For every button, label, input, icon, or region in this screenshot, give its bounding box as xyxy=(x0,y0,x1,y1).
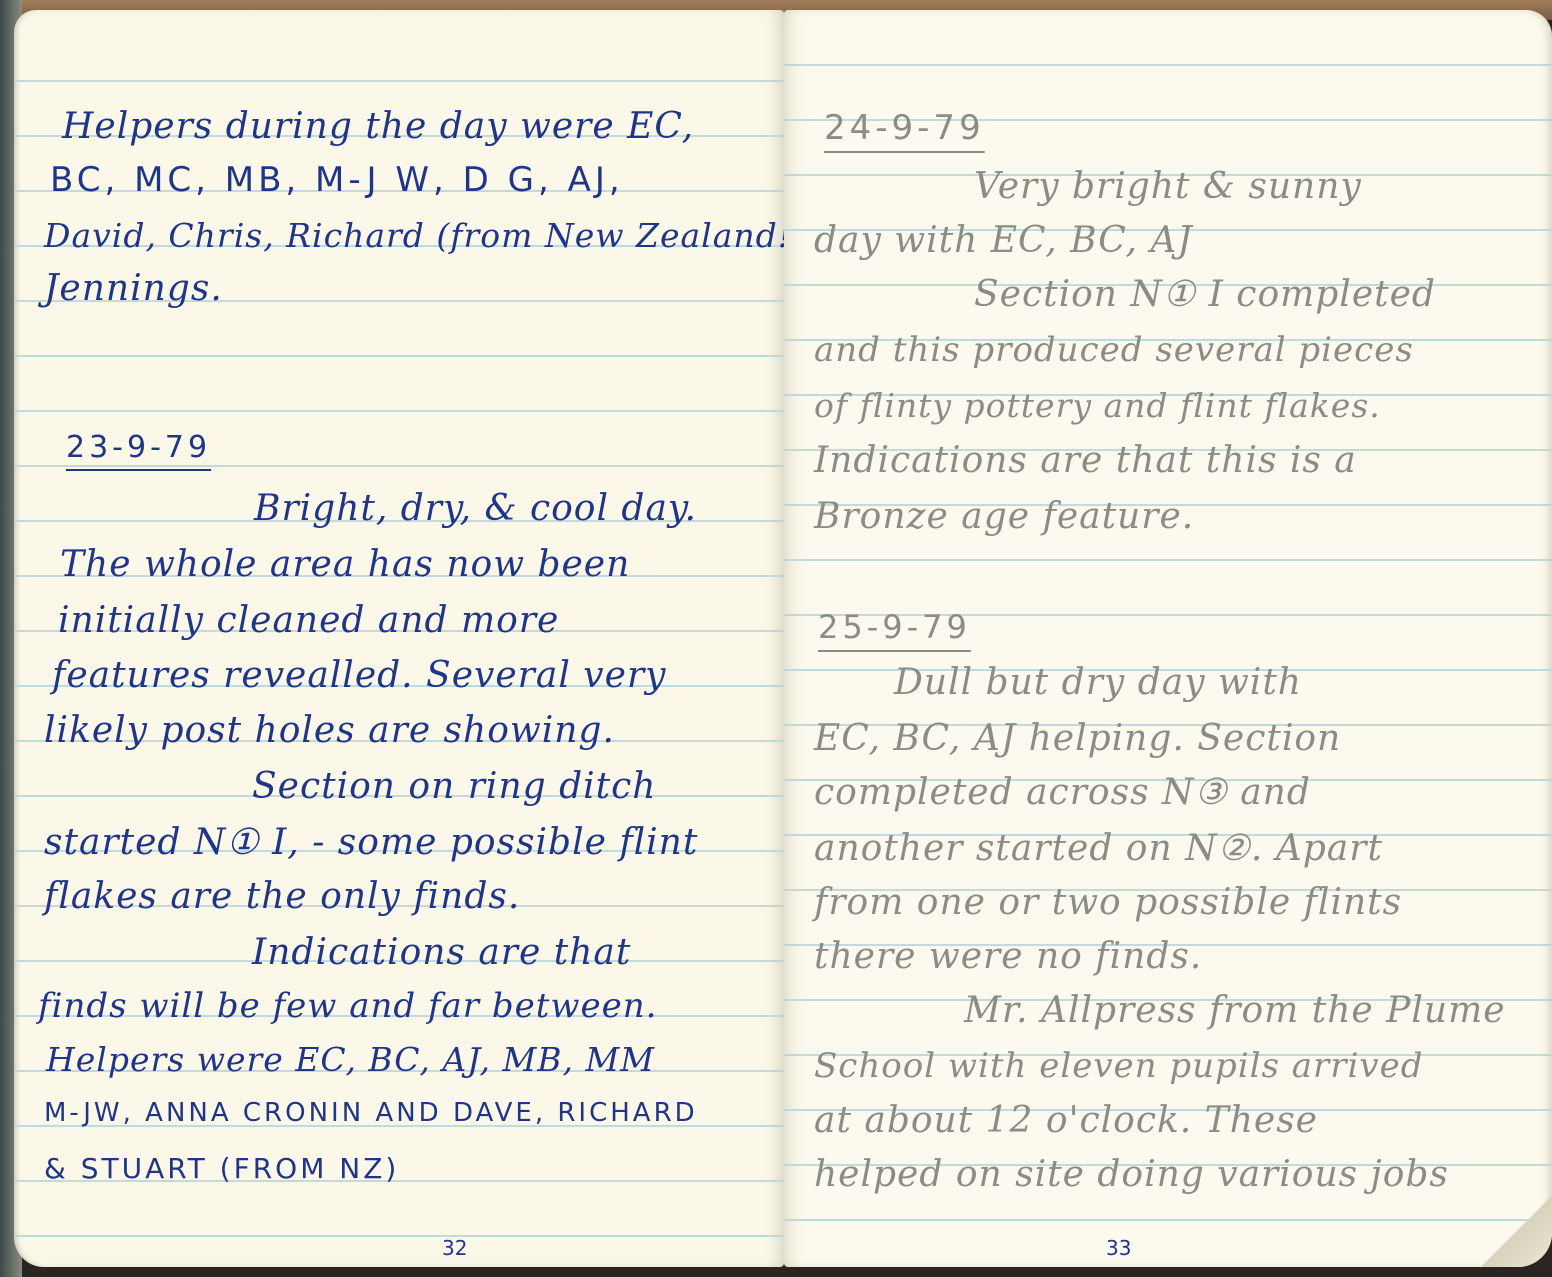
text-line: at about 12 o'clock. These xyxy=(814,1100,1318,1141)
text-line: there were no finds. xyxy=(814,936,1202,977)
text-line: initially cleaned and more xyxy=(58,600,559,641)
text-line: Indications are that this is a xyxy=(814,440,1357,481)
text-line: Mr. Allpress from the Plume xyxy=(964,990,1506,1031)
text-line: Dull but dry day with xyxy=(894,662,1302,703)
text-line: features revealled. Several very xyxy=(52,655,667,696)
text-line: from one or two possible flints xyxy=(814,882,1402,923)
text-line: Bright, dry, & cool day. xyxy=(254,488,697,529)
text-line: Section on ring ditch xyxy=(252,766,656,807)
text-line: Very bright & sunny xyxy=(974,166,1362,207)
entry-date: 23-9-79 xyxy=(66,430,211,465)
page-number: 33 xyxy=(1106,1236,1131,1260)
text-line: M-JW, ANNA CRONIN AND DAVE, RICHARD xyxy=(44,1098,698,1128)
entry-date: 25-9-79 xyxy=(818,608,971,646)
text-line: day with EC, BC, AJ xyxy=(814,220,1193,261)
text-line: of flinty pottery and flint flakes. xyxy=(814,386,1381,425)
text-line: likely post holes are showing. xyxy=(44,710,615,751)
folded-page-corner xyxy=(1482,1197,1552,1267)
text-line: and this produced several pieces xyxy=(814,330,1414,370)
left-page: Helpers during the day were EC, BC, MC, … xyxy=(14,10,784,1267)
right-page: 24-9-79 Very bright & sunny day with EC,… xyxy=(784,10,1552,1267)
text-line: BC, MC, MB, M-J W, D G, AJ, xyxy=(50,160,624,200)
text-line: Helpers were EC, BC, AJ, MB, MM xyxy=(46,1040,655,1079)
text-line: Jennings. xyxy=(44,268,223,309)
text-line: helped on site doing various jobs xyxy=(814,1154,1449,1195)
text-line: EC, BC, AJ helping. Section xyxy=(814,718,1341,759)
text-line: another started on N②. Apart xyxy=(814,828,1383,869)
text-line: completed across N③ and xyxy=(814,772,1311,813)
text-line: The whole area has now been xyxy=(60,544,630,585)
text-line: Indications are that xyxy=(252,932,631,973)
page-number: 32 xyxy=(442,1236,467,1260)
text-line: Section N① I completed xyxy=(974,274,1436,315)
text-line: Helpers during the day were EC, xyxy=(62,106,694,147)
text-line: & STUART (FROM NZ) xyxy=(44,1152,399,1185)
text-line: flakes are the only finds. xyxy=(44,876,520,917)
text-line: David, Chris, Richard (from New Zealand!… xyxy=(44,216,784,255)
text-line: Bronze age feature. xyxy=(814,496,1194,537)
entry-date: 24-9-79 xyxy=(824,108,985,148)
text-line: finds will be few and far between. xyxy=(38,986,657,1026)
text-line: started N① I, - some possible flint xyxy=(44,822,698,863)
text-line: School with eleven pupils arrived xyxy=(814,1046,1424,1086)
